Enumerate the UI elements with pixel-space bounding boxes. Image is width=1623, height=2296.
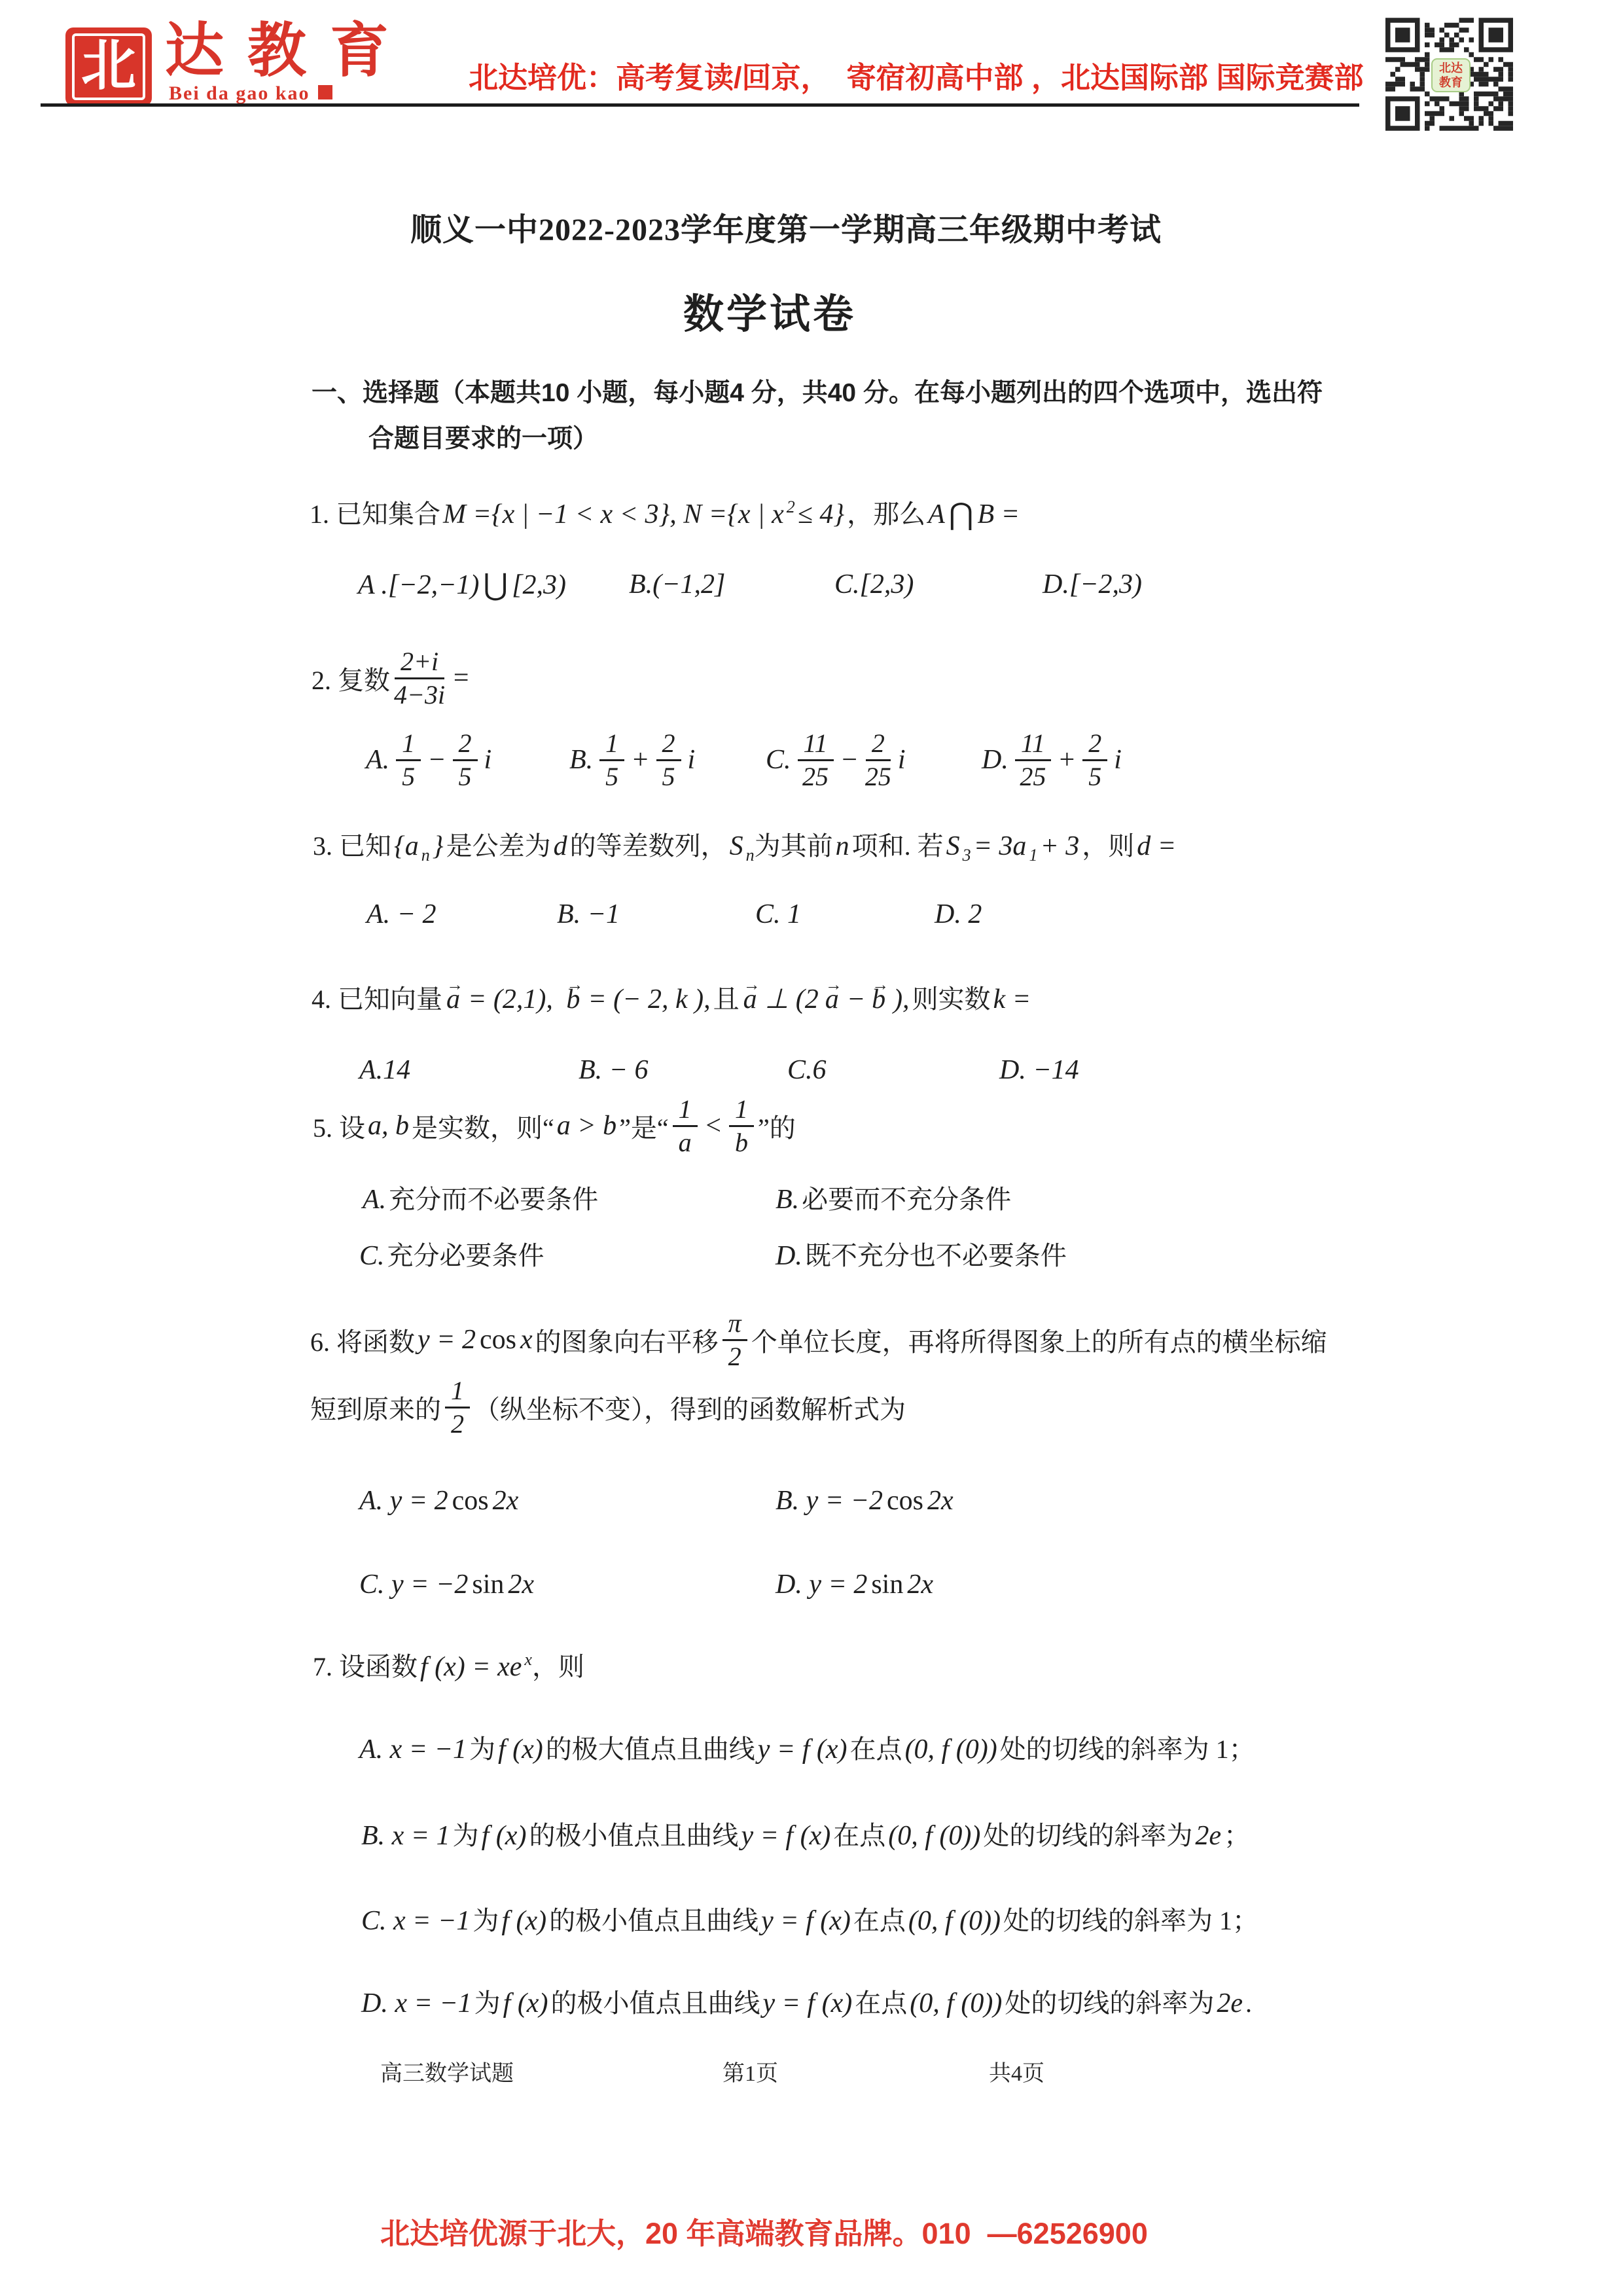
question-6-stem-line2: 短到原来的12（纵坐标不变），得到的函数解析式为 (310, 1373, 906, 1441)
question-6-option-c: C. y = −2sin2x (357, 1568, 537, 1601)
qr-label-line1: 北达 (1433, 61, 1469, 75)
beida-logo-seal: 北 (65, 27, 152, 106)
doc-footer-page-number: 第1页 (722, 2055, 778, 2087)
exam-title: 顺义一中2022-2023学年度第一学期高三年级期中考试 (0, 204, 1572, 249)
section-heading-line2: 合题目要求的一项） (368, 423, 598, 456)
question-5-option-b: B.必要而不充分条件 (773, 1183, 1011, 1216)
question-2-option-c: C.1125−225i (763, 723, 908, 797)
question-2-option-d: D.1125+25i (979, 723, 1124, 797)
question-3-option-b: B. −1 (554, 898, 622, 931)
logo-pinyin-text: Bei da gao kao (169, 82, 332, 105)
logo-brand-text: 达教育 (165, 22, 412, 81)
question-7-option-d: D. x = −1为f (x)的极小值点且曲线y = f (x)在点(0, f … (359, 1987, 1252, 2020)
question-1-option-d: D.[−2,3) (1040, 568, 1145, 601)
header-divider-line (41, 103, 1359, 107)
question-4-option-d: D. −14 (997, 1054, 1082, 1086)
question-2-stem: 2. 复数2+i4−3i= (312, 641, 473, 715)
question-5-option-d: D.既不充分也不必要条件 (773, 1240, 1067, 1272)
question-4-stem: 4. 已知向量a= (2,1), b= (− 2, k ),且a⊥ (2a−b)… (312, 983, 1033, 1016)
qr-label-line2: 教育 (1433, 75, 1469, 90)
header-slogan: 北达培优：高考复读/回京， 寄宿初高中部 ，北达国际部 国际竞赛部 (469, 63, 1364, 92)
question-1-option-a: A .[−2,−1)⋃[2,3) (355, 568, 569, 601)
question-7-stem: 7. 设函数f (x) = xex，则 (313, 1651, 584, 1683)
question-5-stem: 5. 设a, b是实数，则“a > b”是“1a<1b”的 (313, 1089, 796, 1162)
qr-code: 北达 教育 (1385, 18, 1513, 131)
question-1-option-c: C.[2,3) (832, 568, 916, 601)
doc-footer-page-total: 共4页 (989, 2055, 1044, 2087)
logo-pinyin: Bei da gao kao (169, 82, 310, 104)
seal-inner-frame: 北 (72, 33, 145, 100)
question-7-option-c: C. x = −1为f (x)的极小值点且曲线y = f (x)在点(0, f … (359, 1905, 1258, 1937)
seal-character: 北 (81, 39, 136, 94)
question-7-option-b: B. x = 1为f (x)的极小值点且曲线y = f (x)在点(0, f (… (359, 1820, 1250, 1852)
question-3-option-d: D. 2 (932, 898, 984, 931)
question-7-option-a: A. x = −1为f (x)的极大值点且曲线y = f (x)在点(0, f … (357, 1733, 1255, 1766)
question-6-option-a: A. y = 2cos2x (357, 1484, 521, 1517)
question-4-option-a: A.14 (357, 1054, 413, 1086)
paper-subject-title: 数学试卷 (0, 281, 1539, 340)
question-4-option-c: C.6 (785, 1054, 829, 1086)
section-heading-line1: 一、选择题（本题共10 小题，每小题4 分，共40 分。在每小题列出的四个选项中… (312, 377, 1323, 410)
question-1-option-b: B.(−1,2] (626, 568, 728, 601)
question-5-option-a: A.充分而不必要条件 (360, 1183, 598, 1216)
question-3-stem: 3. 已知{an}是公差为d的等差数列，Sn为其前n项和. 若S3= 3a1+ … (313, 830, 1179, 863)
footer-slogan: 北达培优源于北大，20 年高端教育品牌。010 —62526900 (380, 2210, 1148, 2252)
question-1-stem: 1. 已知集合M ={x | −1 < x < 3}, N ={x | x2≤ … (310, 497, 1022, 531)
red-square-icon (318, 85, 332, 99)
qr-center-label: 北达 教育 (1431, 58, 1471, 92)
question-4-option-b: B. − 6 (576, 1054, 651, 1086)
question-3-option-a: A. − 2 (364, 898, 439, 931)
question-5-option-c: C.充分必要条件 (357, 1240, 544, 1272)
exam-paper-page: 北 达教育 Bei da gao kao 北达培优：高考复读/回京， 寄宿初高中… (0, 0, 1623, 2296)
question-6-stem-line1: 6. 将函数y = 2cosx的图象向右平移π2个单位长度，再将所得图象上的所有… (310, 1304, 1327, 1376)
question-6-option-d: D. y = 2sin2x (773, 1568, 936, 1601)
question-3-option-c: C. 1 (753, 898, 804, 931)
question-6-option-b: B. y = −2cos2x (773, 1484, 956, 1517)
question-2-option-a: A.15−25i (363, 723, 494, 797)
doc-footer-title: 高三数学试题 (380, 2055, 514, 2087)
question-2-option-b: B.15+25i (567, 723, 698, 797)
